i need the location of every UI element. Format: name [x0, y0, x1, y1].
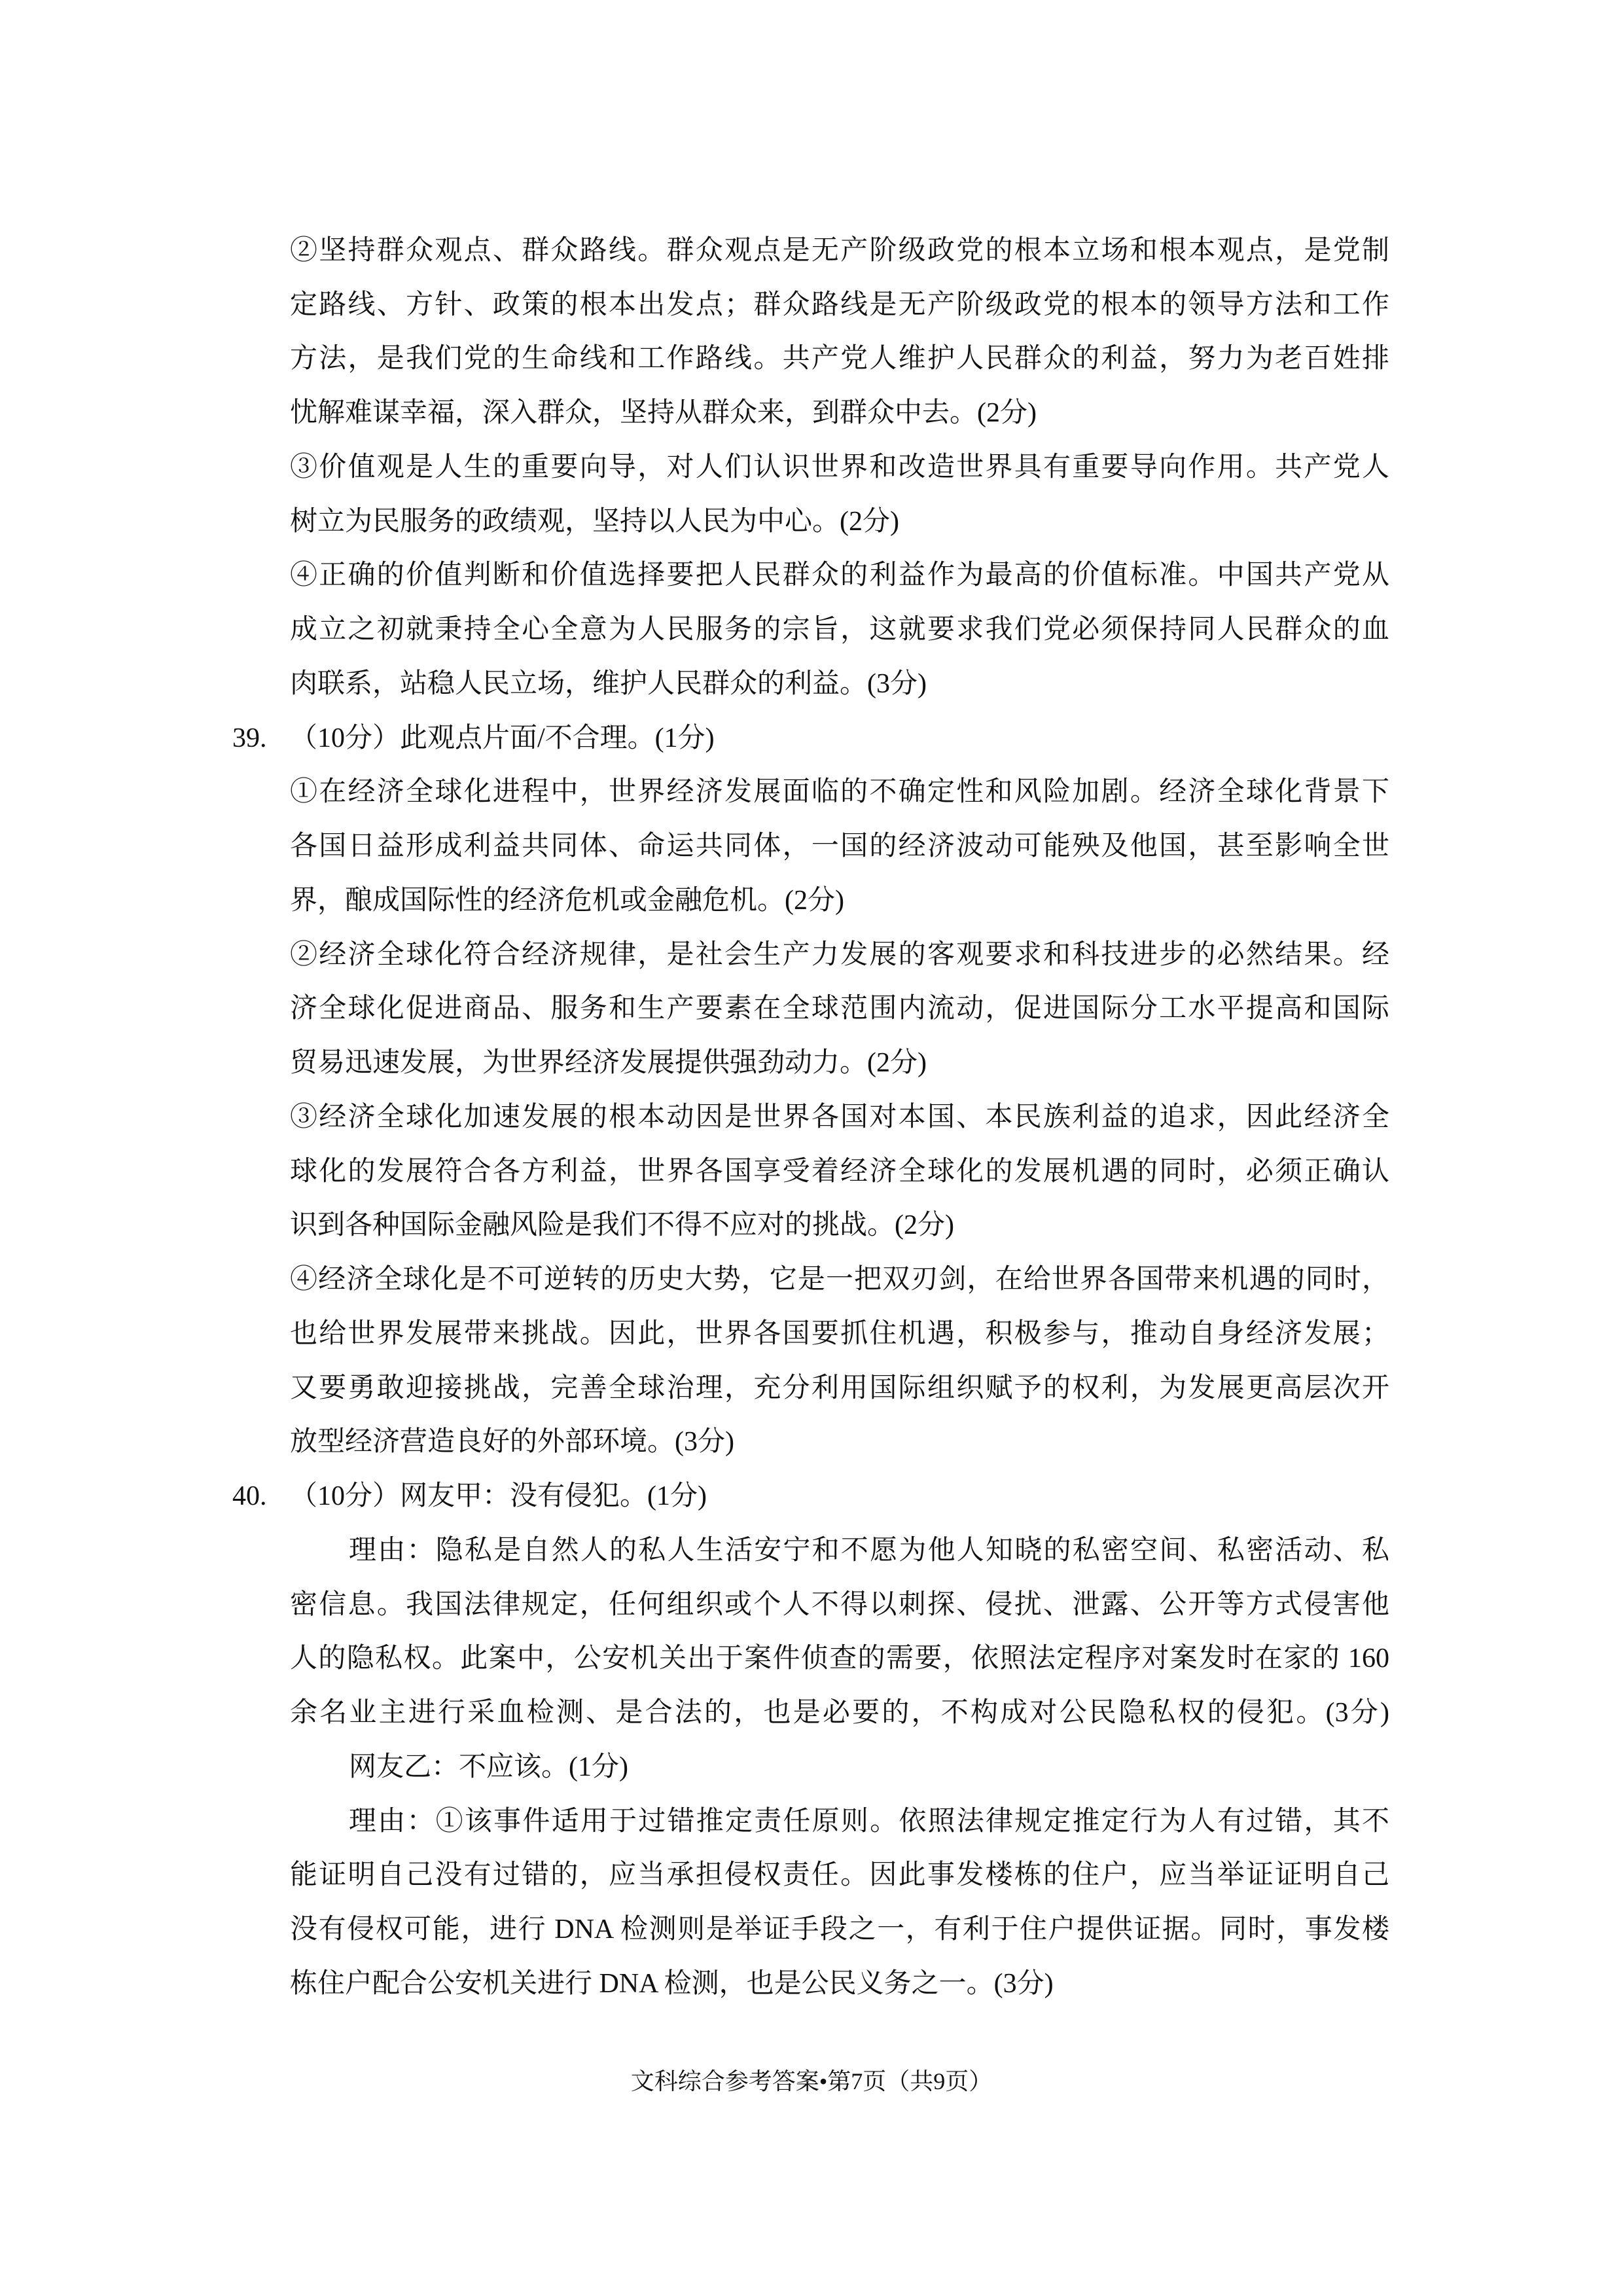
q40-reason-b-line3: 没有侵权可能，进行 DNA 检测则是举证手段之一，有利于住户提供证据。同时，事发… [290, 1910, 1389, 1949]
q39-point3-line1: ③经济全球化加速发展的根本动因是世界各国对本国、本民族利益的追求，因此经济全 [290, 1098, 1389, 1137]
q39-header: （10分）此观点片面/不合理。(1分) [290, 719, 715, 758]
q38-point2-line3: 方法，是我们党的生命线和工作路线。共产党人维护人民群众的利益，努力为老百姓排 [290, 339, 1389, 378]
q39-point4-line1: ④经济全球化是不可逆转的历史大势，它是一把双刃剑，在给世界各国带来机遇的同时， [290, 1260, 1389, 1299]
q39-point1-line1: ①在经济全球化进程中，世界经济发展面临的不确定性和风险加剧。经济全球化背景下 [290, 772, 1389, 812]
page-footer: 文科综合参考答案•第7页（共9页） [0, 2065, 1623, 2098]
q39-point4-line3: 又要勇敢迎接挑战，完善全球治理，充分利用国际组织赋予的权利，为发展更高层次开 [290, 1369, 1389, 1408]
q39-point1-line2: 各国日益形成利益共同体、命运共同体，一国的经济波动可能殃及他国，甚至影响全世 [290, 827, 1389, 866]
q39-number: 39. [232, 719, 267, 758]
q39-point3-line3: 识到各种国际金融风险是我们不得不应对的挑战。(2分) [290, 1206, 954, 1245]
q40-reason-a-line2: 密信息。我国法律规定，任何组织或个人不得以刺探、侵扰、泄露、公开等方式侵害他 [290, 1585, 1389, 1624]
q40-reason-b-line2: 能证明自己没有过错的，应当承担侵权责任。因此事发楼栋的住户，应当举证证明自己 [290, 1856, 1389, 1895]
q39-point4-line2: 也给世界发展带来挑战。因此，世界各国要抓住机遇，积极参与，推动自身经济发展； [290, 1314, 1389, 1354]
q39-point2-line3: 贸易迅速发展，为世界经济发展提供强劲动力。(2分) [290, 1043, 927, 1083]
q38-point3-line1: ③价值观是人生的重要向导，对人们认识世界和改造世界具有重要导向作用。共产党人 [290, 448, 1389, 487]
q39-point1-line3: 界，酿成国际性的经济危机或金融危机。(2分) [290, 881, 844, 920]
q38-point4-line1: ④正确的价值判断和价值选择要把人民群众的利益作为最高的价值标准。中国共产党从 [290, 556, 1389, 595]
q40-friend-b: 网友乙：不应该。(1分) [349, 1748, 628, 1787]
q40-reason-a-line4: 余名业主进行采血检测、是合法的，也是必要的，不构成对公民隐私权的侵犯。(3分) [290, 1693, 1389, 1732]
q38-point4-line2: 成立之初就秉持全心全意为人民服务的宗旨，这就要求我们党必须保持同人民群众的血 [290, 610, 1389, 649]
answer-key-page: ②坚持群众观点、群众路线。群众观点是无产阶级政党的根本立场和根本观点，是党制 定… [0, 0, 1623, 2296]
q39-point4-line4: 放型经济营造良好的外部环境。(3分) [290, 1422, 734, 1462]
q39-point2-line2: 济全球化促进商品、服务和生产要素在全球范围内流动，促进国际分工水平提高和国际 [290, 989, 1389, 1028]
q39-point2-line1: ②经济全球化符合经济规律，是社会生产力发展的客观要求和科技进步的必然结果。经 [290, 935, 1389, 975]
q38-point2-line4: 忧解难谋幸福，深入群众，坚持从群众来，到群众中去。(2分) [290, 393, 1037, 433]
q40-reason-b-line1: 理由：①该事件适用于过错推定责任原则。依照法律规定推定行为人有过错，其不 [349, 1802, 1389, 1841]
q40-number: 40. [232, 1477, 267, 1516]
q40-reason-a-line3: 人的隐私权。此案中，公安机关出于案件侦查的需要，依照法定程序对案发时在家的 16… [290, 1639, 1389, 1678]
q40-header: （10分）网友甲：没有侵犯。(1分) [290, 1477, 707, 1516]
q38-point3-line2: 树立为民服务的政绩观，坚持以人民为中心。(2分) [290, 502, 899, 541]
q40-reason-b-line4: 栋住户配合公安机关进行 DNA 检测，也是公民义务之一。(3分) [290, 1964, 1054, 2003]
q38-point2-line2: 定路线、方针、政策的根本出发点；群众路线是无产阶级政党的根本的领导方法和工作 [290, 285, 1389, 325]
q40-reason-a-line1: 理由：隐私是自然人的私人生活安宁和不愿为他人知晓的私密空间、私密活动、私 [349, 1531, 1389, 1570]
q38-point2-line1: ②坚持群众观点、群众路线。群众观点是无产阶级政党的根本立场和根本观点，是党制 [290, 231, 1389, 270]
q38-point4-line3: 肉联系，站稳人民立场，维护人民群众的利益。(3分) [290, 664, 927, 704]
q39-point3-line2: 球化的发展符合各方利益，世界各国享受着经济全球化的发展机遇的同时，必须正确认 [290, 1152, 1389, 1191]
